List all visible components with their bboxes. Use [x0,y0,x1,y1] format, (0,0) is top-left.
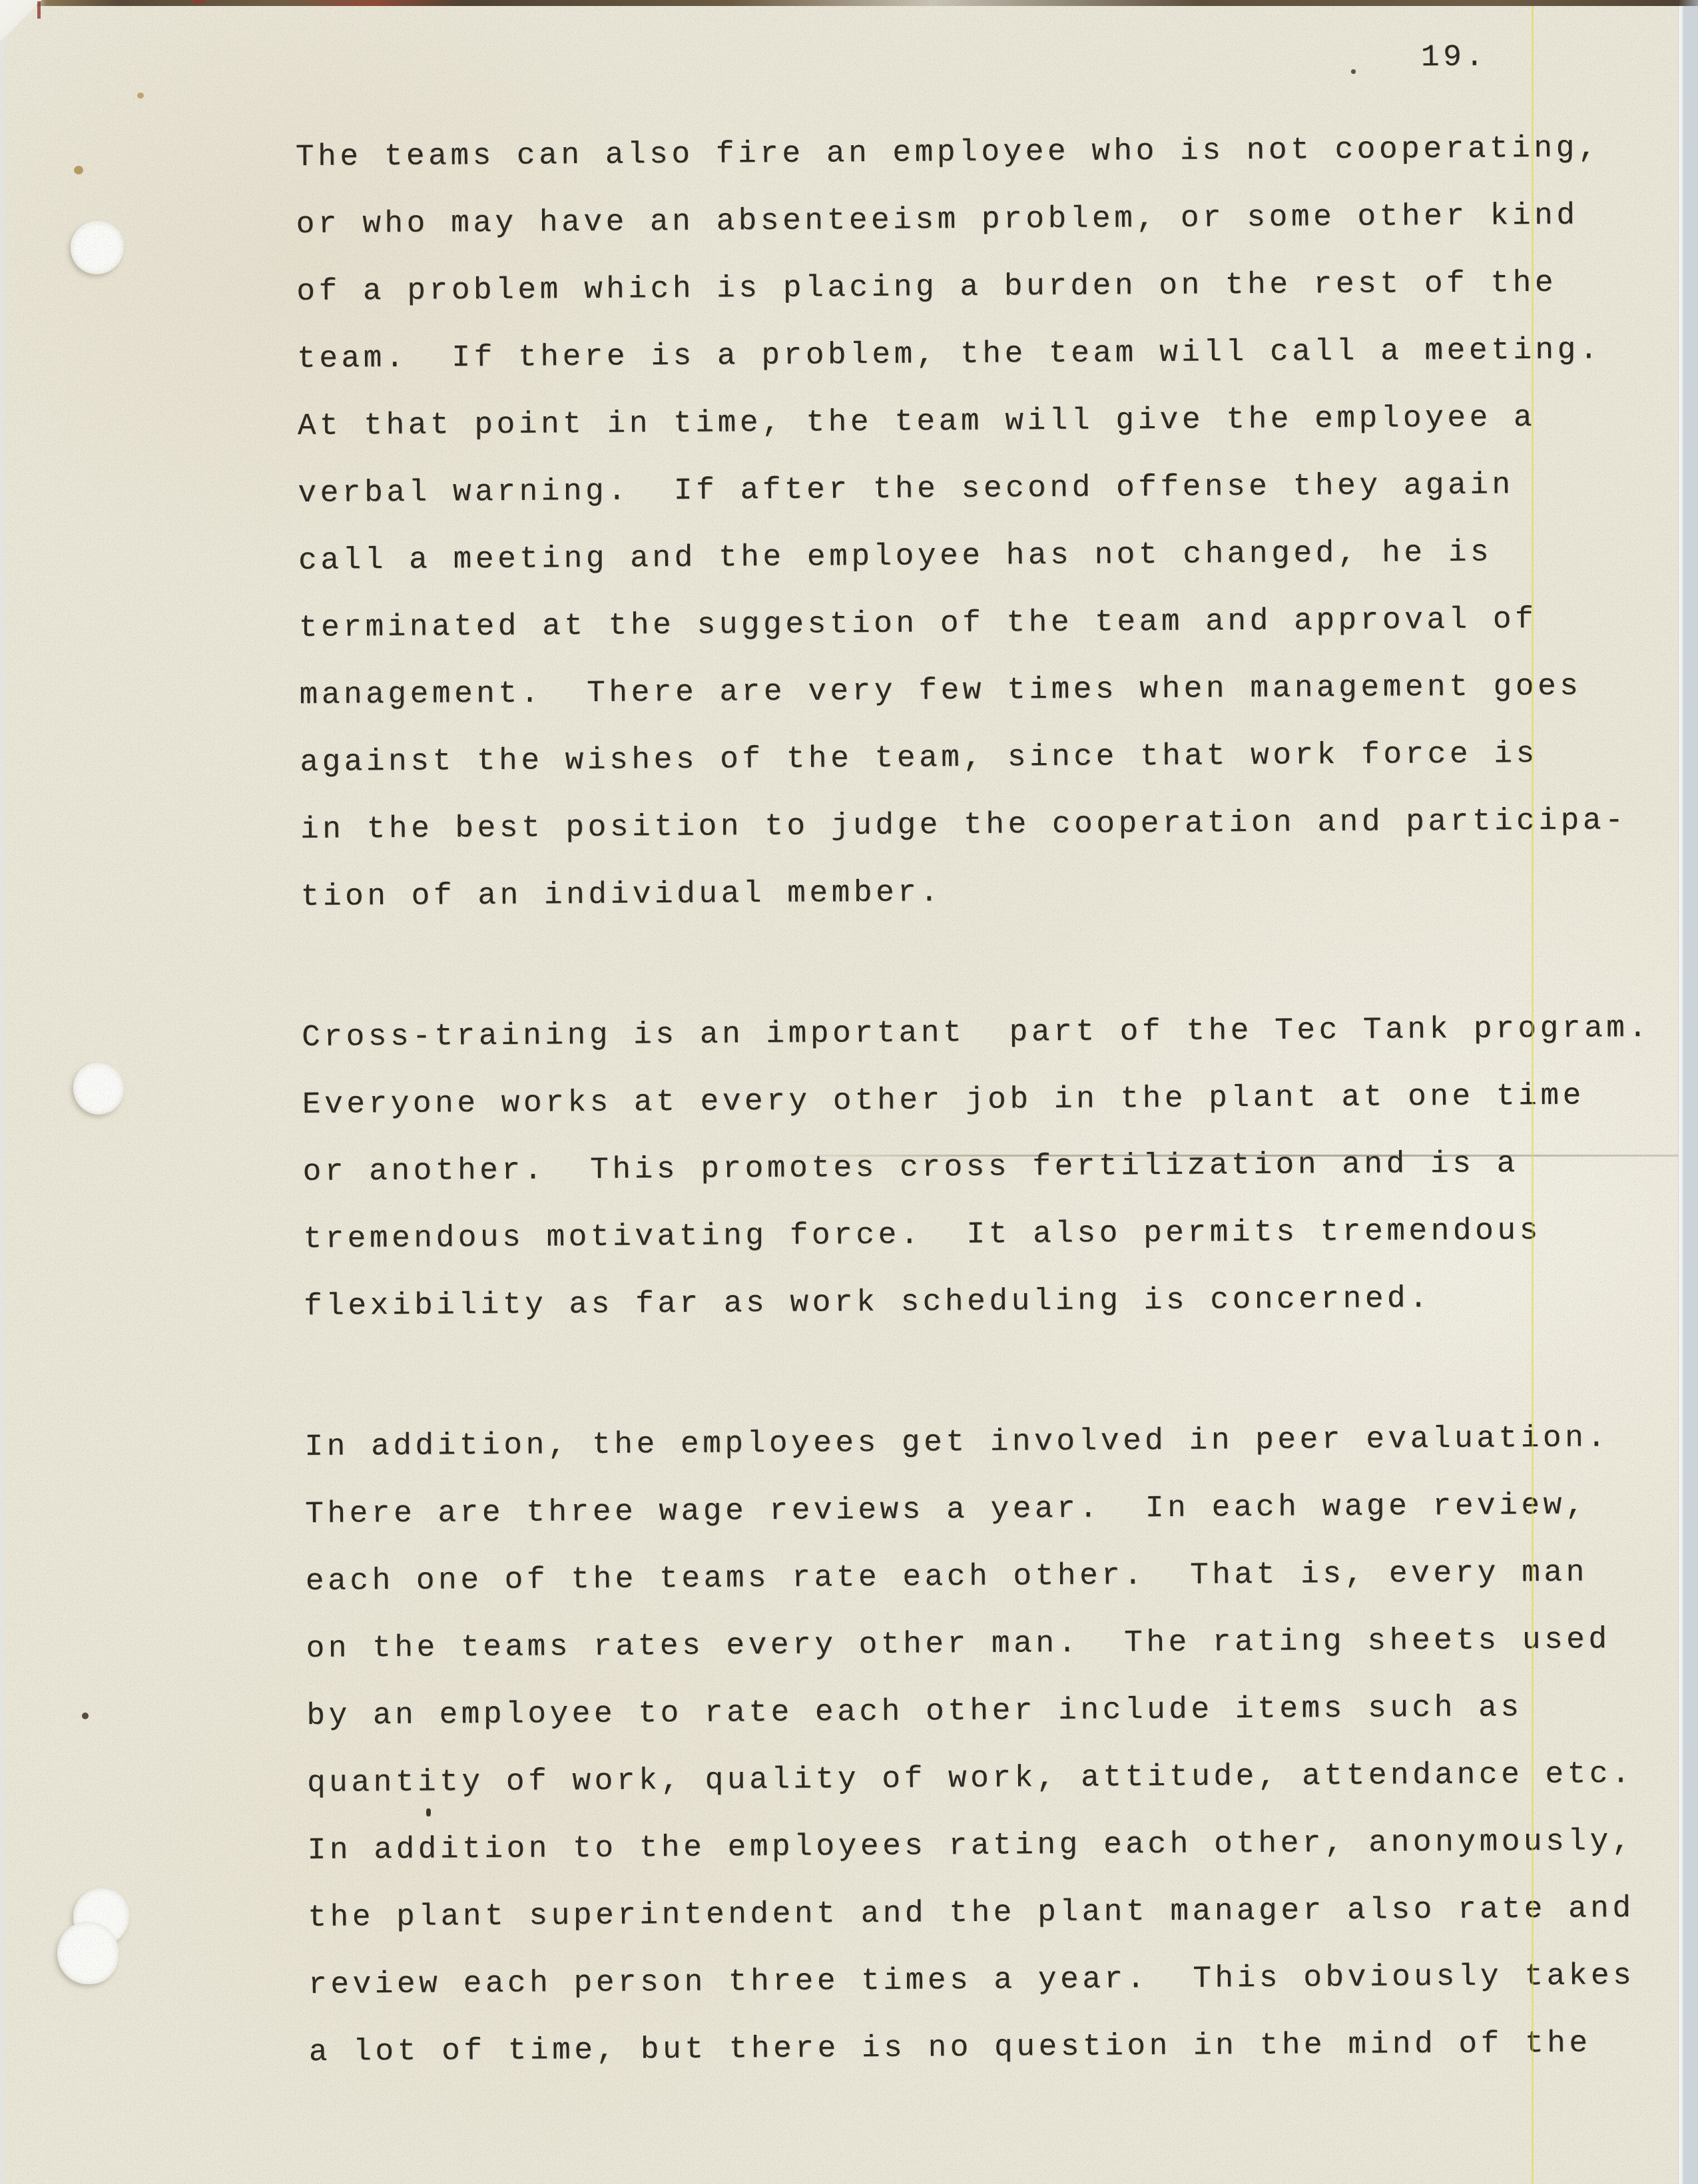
text-line: In addition, the employees get involved … [304,1404,1653,1481]
red-mark [37,1,41,19]
text-line: quantity of work, quality of work, attit… [307,1741,1656,1817]
text-line: terminated at the suggestion of the team… [299,585,1648,662]
text-line: verbal warning. If after the second offe… [298,451,1647,527]
text-line: The teams can also fire an employee who … [296,115,1645,191]
text-line: management. There are very few times whe… [299,653,1648,729]
typewritten-text-layer: 19. The teams can also fire an employee … [0,0,1698,2184]
text-line: each one of the teams rate each other. T… [306,1539,1655,1615]
red-mark [193,0,205,4]
scan-edge-top [0,0,1698,6]
text-line: At that point in time, the team will giv… [297,384,1646,460]
scan-edge-right [1678,0,1698,2184]
text-line: in the best position to judge the cooper… [300,787,1649,864]
text-line: review each person three times a year. T… [308,1942,1657,2019]
paragraph: In addition, the employees get involved … [304,1404,1657,2086]
corner-fold [0,0,52,40]
text-line: Cross-training is an important part of t… [302,995,1651,1071]
scanned-document-canvas: { "page": { "number": "19.", "paragraphs… [0,0,1698,2184]
text-line: against the wishes of the team, since th… [300,720,1649,796]
paragraph: Cross-training is an important part of t… [302,995,1653,1340]
paper-page: 19. The teams can also fire an employee … [0,0,1698,2184]
text-line: the plant superintendent and the plant m… [308,1875,1657,1952]
text-line: on the teams rates every other man. The … [306,1606,1655,1683]
text-line: tion of an individual member. [300,854,1649,931]
document-body: The teams can also fire an employee who … [296,115,1658,2086]
text-line: by an employee to rate each other includ… [306,1673,1655,1750]
text-line: a lot of time, but there is no question … [309,2010,1658,2086]
scan-edge-left [0,0,8,2184]
paragraph: The teams can also fire an employee who … [296,115,1650,931]
text-line: of a problem which is placing a burden o… [296,249,1645,326]
text-line: or another. This promotes cross fertiliz… [302,1129,1651,1206]
text-line: In addition to the employees rating each… [307,1808,1656,1884]
page-number: 19. [1421,24,1488,92]
text-line: Everyone works at every other job in the… [302,1062,1651,1139]
text-line: call a meeting and the employee has not … [298,518,1647,595]
text-line: or who may have an absenteeism problem, … [296,182,1645,258]
text-line: There are three wage reviews a year. In … [305,1472,1654,1548]
binder-margin-line [1532,0,1534,2184]
text-line: team. If there is a problem, the team wi… [297,316,1646,393]
text-line: flexibility as far as work scheduling is… [304,1264,1653,1340]
text-line: tremendous motivating force. It also per… [303,1197,1652,1273]
